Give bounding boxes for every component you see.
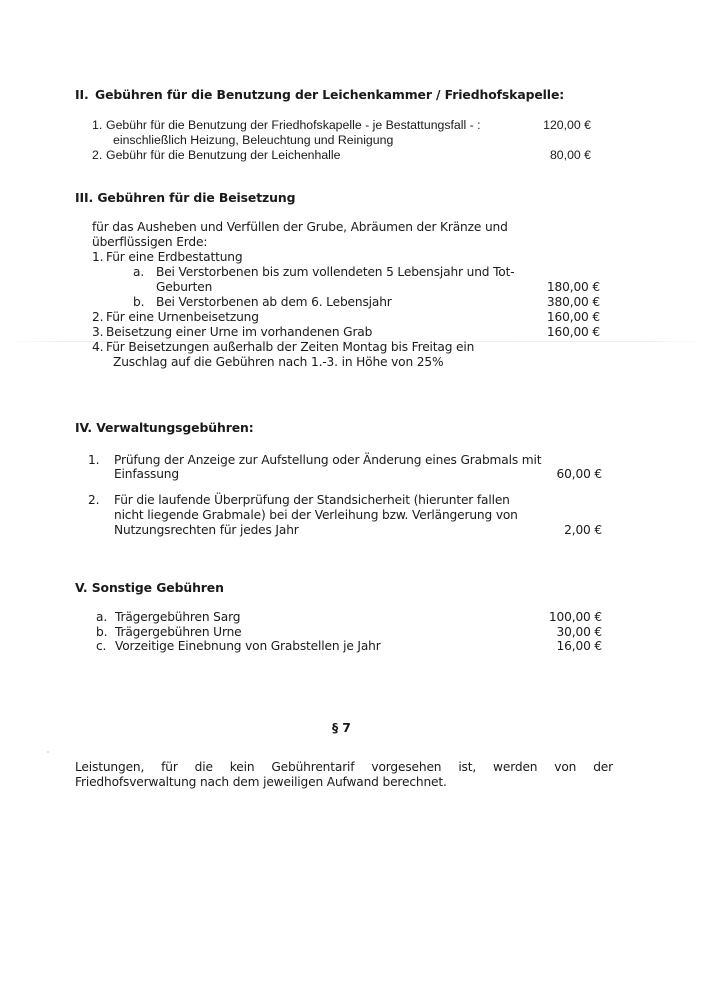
paragraph-7-line-1: Leistungen, für die kein Gebührentarif v… (75, 760, 613, 774)
section-v-heading: V. Sonstige Gebühren (75, 580, 224, 595)
section-iv-item-2-line-3: Nutzungsrechten für jedes Jahr (114, 523, 299, 537)
section-iii-item-4-number: 4. (92, 340, 103, 354)
section-v-item-a-value: 100,00 € (500, 610, 602, 624)
section-v-item-a-text: Trägergebühren Sarg (115, 610, 240, 624)
section-iii-item-4-continuation: Zuschlag auf die Gebühren nach 1.-3. in … (113, 355, 443, 369)
section-iii-item-1a-value: 180,00 € (490, 280, 600, 294)
section-ii-item-1-value: 120,00 € (491, 118, 591, 132)
section-iv-item-2-number: 2. (88, 493, 99, 507)
section-ii-item-2-number: 2. (92, 148, 102, 162)
section-iii-item-1b-value: 380,00 € (490, 295, 600, 309)
scan-speck (47, 751, 49, 753)
section-iv-item-1-value: 60,00 € (500, 467, 602, 481)
section-iii-heading: III. Gebühren für die Beisetzung (75, 190, 295, 205)
section-v-item-b-text: Trägergebühren Urne (115, 625, 242, 639)
section-iii-item-1-text: Für eine Erdbestattung (106, 250, 242, 264)
section-v-item-c-text: Vorzeitige Einebnung von Grabstellen je … (115, 639, 381, 653)
section-iv-item-1-line-1: Prüfung der Anzeige zur Aufstellung oder… (114, 453, 541, 467)
section-v-item-c-letter: c. (96, 639, 106, 653)
section-iii-item-1a-continuation: Geburten (156, 280, 212, 294)
section-iv-heading: IV. Verwaltungsgebühren: (75, 420, 254, 435)
section-v-item-b-value: 30,00 € (500, 625, 602, 639)
section-iv-item-2-line-2: nicht liegende Grabmale) bei der Verleih… (114, 508, 518, 522)
section-iii-item-3-number: 3. (92, 325, 103, 339)
section-iii-item-1a-letter: a. (133, 265, 144, 279)
section-ii-item-1-continuation: einschließlich Heizung, Beleuchtung und … (113, 133, 393, 147)
paragraph-7-line-2: Friedhofsverwaltung nach dem jeweiligen … (75, 775, 447, 789)
section-iii-item-4-text: Für Beisetzungen außerhalb der Zeiten Mo… (106, 340, 474, 354)
section-ii-item-1-number: 1. (92, 118, 102, 132)
section-iii-item-3-text: Beisetzung einer Urne im vorhandenen Gra… (106, 325, 372, 339)
paragraph-7-heading: § 7 (332, 720, 351, 735)
section-iv-item-1-line-2: Einfassung (114, 467, 179, 481)
section-iii-item-2-number: 2. (92, 310, 103, 324)
section-iii-item-1a-text: Bei Verstorbenen bis zum vollendeten 5 L… (156, 265, 515, 279)
section-ii-item-1-text: Gebühr für die Benutzung der Friedhofska… (106, 118, 481, 132)
section-iv-item-2-value: 2,00 € (500, 523, 602, 537)
section-ii-number: II. (75, 87, 89, 102)
section-iii-item-3-value: 160,00 € (490, 325, 600, 339)
section-iii-intro-line-1: für das Ausheben und Verfüllen der Grube… (92, 220, 508, 234)
section-ii-item-2-value: 80,00 € (491, 148, 591, 162)
section-iii-item-2-value: 160,00 € (490, 310, 600, 324)
section-v-item-a-letter: a. (96, 610, 107, 624)
section-iii-item-1b-letter: b. (133, 295, 144, 309)
section-iii-item-1-number: 1. (92, 250, 103, 264)
section-ii-item-2-text: Gebühr für die Benutzung der Leichenhall… (106, 148, 341, 162)
section-iii-intro-line-2: überflüssigen Erde: (92, 235, 207, 249)
section-iv-item-2-line-1: Für die laufende Überprüfung der Standsi… (114, 493, 510, 507)
section-ii-heading: Gebühren für die Benutzung der Leichenka… (95, 87, 564, 102)
section-iii-item-2-text: Für eine Urnenbeisetzung (106, 310, 259, 324)
section-iii-item-1b-text: Bei Verstorbenen ab dem 6. Lebensjahr (156, 295, 392, 309)
section-v-item-b-letter: b. (96, 625, 107, 639)
section-iv-item-1-number: 1. (88, 453, 99, 467)
section-v-item-c-value: 16,00 € (500, 639, 602, 653)
